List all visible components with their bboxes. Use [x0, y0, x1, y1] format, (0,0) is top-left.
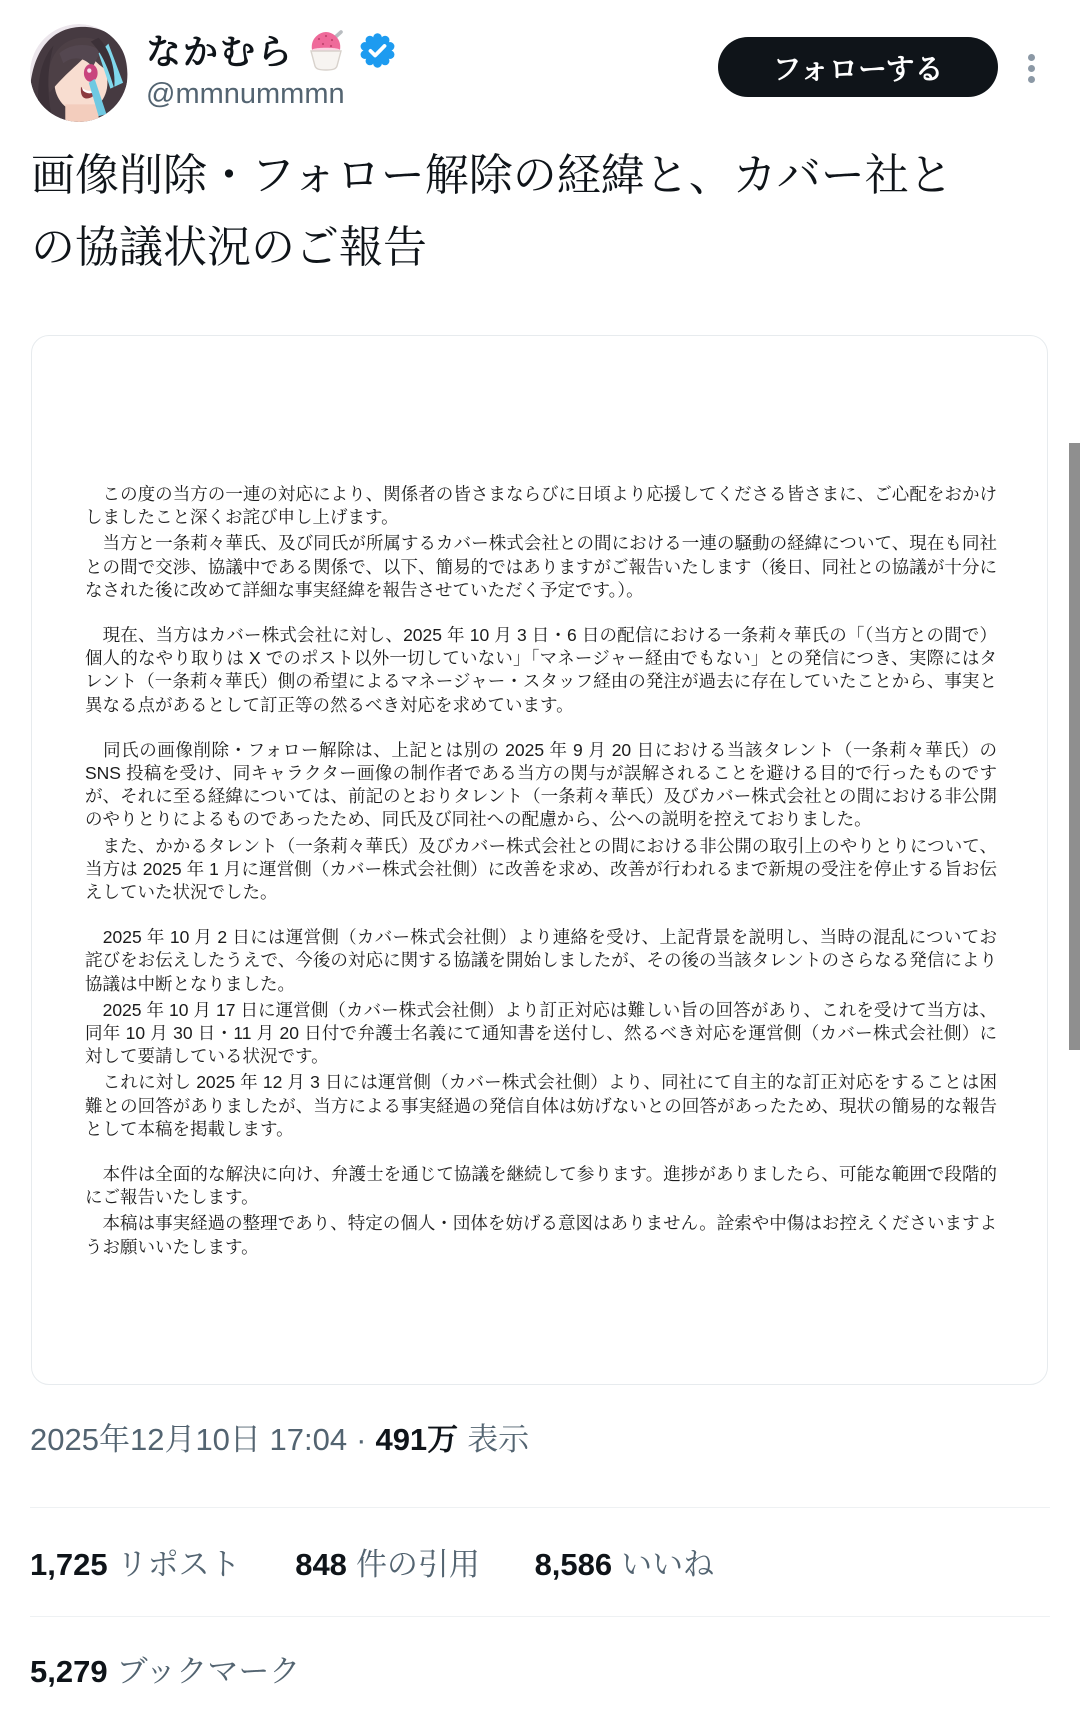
divider	[30, 1507, 1050, 1508]
quotes-stat[interactable]: 848件の引用	[295, 1545, 480, 1585]
document-image[interactable]: この度の当方の一連の対応により、関係者の皆さまならびに日頃より応援してくださる皆…	[31, 335, 1048, 1385]
document-paragraph: 2025 年 10 月 2 日には運営側（カバー株式会社側）より連絡を受け、上記…	[85, 926, 997, 996]
views-label: 表示	[467, 1422, 529, 1457]
verified-badge-icon	[360, 33, 395, 68]
avatar[interactable]	[30, 24, 128, 122]
document-paragraph: 本件は全面的な解決に向け、弁護士を通じて協議を継続して参ります。進捗がありました…	[85, 1163, 997, 1209]
meta-separator: ·	[356, 1422, 366, 1457]
display-name[interactable]: なかむら	[146, 25, 294, 75]
timestamp-row: 2025年12月10日 17:04·491万表示	[30, 1420, 529, 1460]
document-paragraph: この度の当方の一連の対応により、関係者の皆さまならびに日頃より応援してくださる皆…	[85, 483, 997, 529]
timestamp: 2025年12月10日 17:04	[30, 1422, 347, 1457]
divider	[30, 1616, 1050, 1617]
reposts-stat[interactable]: 1,725リポスト	[30, 1545, 241, 1585]
bookmarks-row: 5,279ブックマーク	[30, 1652, 346, 1692]
document-paragraph: 現在、当方はカバー株式会社に対し、2025 年 10 月 3 日・6 日の配信に…	[85, 624, 997, 717]
avatar-image	[30, 24, 128, 122]
document-paragraph: 2025 年 10 月 17 日に運営側（カバー株式会社側）より訂正対応は難しい…	[85, 999, 997, 1069]
engagement-row: 1,725リポスト 848件の引用 8,586いいね	[30, 1545, 760, 1585]
kebab-menu-icon[interactable]	[1020, 48, 1042, 88]
follow-button[interactable]: フォローする	[718, 37, 998, 97]
profile-handle[interactable]: @mmnummmn	[146, 78, 345, 111]
name-row: なかむら	[146, 26, 395, 74]
bookmarks-stat[interactable]: 5,279ブックマーク	[30, 1652, 300, 1692]
document-paragraph: 当方と一条莉々華氏、及び同氏が所属するカバー株式会社との間における一連の騒動の経…	[85, 532, 997, 602]
document-paragraph: また、かかるタレント（一条莉々華氏）及びカバー株式会社との間における非公開の取引…	[85, 835, 997, 905]
views-count: 491万	[375, 1422, 458, 1457]
tweet-text: 画像削除・フォロー解除の経緯と、カバー社との協議状況のご報告	[31, 140, 983, 284]
document-paragraph: 同氏の画像削除・フォロー解除は、上記とは別の 2025 年 9 月 20 日にお…	[85, 739, 997, 832]
document-body: この度の当方の一連の対応により、関係者の皆さまならびに日頃より応援してくださる皆…	[85, 483, 997, 1259]
shaved-ice-emoji	[304, 28, 348, 72]
document-paragraph: これに対し 2025 年 12 月 3 日には運営側（カバー株式会社側）より、同…	[85, 1071, 997, 1141]
scrollbar-thumb[interactable]	[1069, 443, 1080, 1050]
likes-stat[interactable]: 8,586いいね	[535, 1545, 715, 1585]
document-paragraph: 本稿は事実経過の整理であり、特定の個人・団体を妨げる意図はありません。詮索や中傷…	[85, 1212, 997, 1258]
